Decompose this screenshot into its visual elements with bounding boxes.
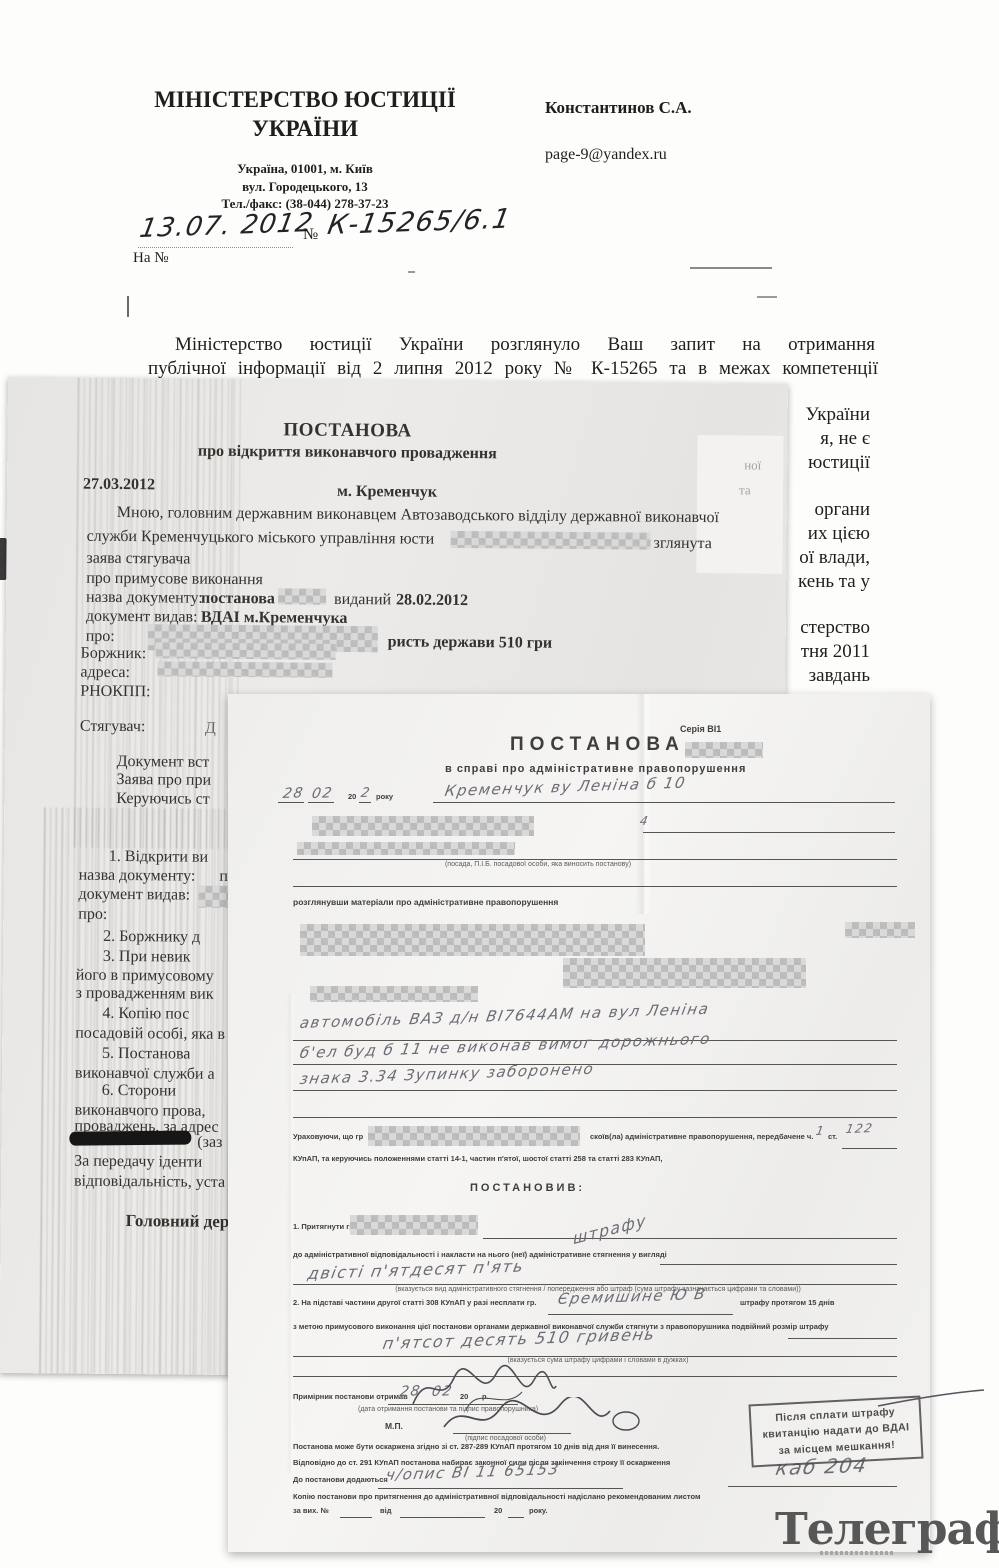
doc1-clipped-line: 5. Постанова [102, 1045, 191, 1064]
form-underline [293, 1088, 897, 1091]
recipient-email: page-9@yandex.ru [545, 146, 667, 164]
form-underline [293, 884, 897, 887]
doc2-subtitle: в справі про адміністративне правопоруше… [445, 763, 746, 775]
form-underline [293, 857, 897, 860]
doc1-clipped-line: його в примусовому [76, 967, 214, 986]
caption-official: (посада, П.І.Б. посадової особи, яка вин… [378, 861, 698, 868]
hw-article-number: 122 [845, 1121, 875, 1136]
doc1-clipped-line: За передачу іденти [74, 1153, 202, 1172]
doc2-p1-label: 1. Притягнути гр. [293, 1222, 356, 1231]
handwritten-outgoing-date: 13.07. 2012 [137, 208, 316, 244]
telegraf-watermark: ТелеграфЪ [775, 1504, 999, 1555]
doc2-attachments-label: До постанови додаються [293, 1475, 388, 1484]
caption-fine-sum: (вказується сума штрафу цифрами і словам… [318, 1357, 878, 1364]
form-underline [788, 1336, 897, 1339]
doc1-title: ПОСТАНОВА [147, 418, 547, 443]
form-underline [293, 1374, 897, 1377]
ministry-line2: УКРАЇНИ [130, 115, 480, 144]
blank-dash [757, 296, 777, 298]
doc2-resolved-heading: ПОСТАНОВИВ: [470, 1182, 585, 1194]
doc1-clipped-line: про: [78, 906, 107, 924]
doc1-field-label: адреса: [80, 664, 130, 682]
ref-label4: року. [529, 1506, 548, 1515]
redacted-block [156, 642, 336, 660]
form-underline [433, 800, 895, 803]
redacted-block [312, 816, 534, 836]
doc1-field-value: ристь держави 510 гри [388, 633, 553, 652]
redacted-block [685, 742, 763, 758]
form-underline [483, 1236, 897, 1239]
form-underline [728, 1484, 897, 1487]
ref-label1: за вих. № [293, 1506, 329, 1515]
doc1-paragraph-end: зглянута [653, 535, 711, 554]
doc1-field-mid: виданий [334, 591, 391, 609]
letter-body-line2: публічної інформації від 2 липня 2012 ро… [148, 358, 878, 380]
form-underline [308, 800, 334, 803]
doc2-reviewed-line: розглянувши матеріали про адміністративн… [293, 897, 558, 907]
doc2-received-label: Примірник постанови отримав [293, 1392, 408, 1401]
recipient-name: Константинов С.А. [545, 98, 692, 118]
doc1-clipped-line: з провадженням вик [76, 985, 214, 1004]
doc1-clipped-line: 6. Сторони [102, 1082, 177, 1101]
doc1-field-value: постанова [201, 590, 275, 609]
scanned-documents-page: МІНІСТЕРСТВО ЮСТИЦІЇ УКРАЇНИ Україна, 01… [0, 0, 999, 1568]
address-line2: вул. Городецького, 13 [130, 178, 480, 196]
redacted-block [278, 588, 326, 604]
paper-crease [286, 994, 296, 1474]
form-underline [508, 1515, 524, 1518]
ref-label3: 20 [494, 1506, 502, 1515]
doc1-field-label: Боржник: [81, 645, 147, 664]
doc1-clipped-line: Заява про при [116, 771, 211, 790]
doc1-field-label: Стягувач: [80, 718, 146, 737]
redaction-bar [69, 1131, 191, 1146]
hw-part-number: 1 [815, 1124, 827, 1138]
ministry-line1: МІНІСТЕРСТВО ЮСТИЦІЇ [130, 86, 480, 115]
letterhead-address: Україна, 01001, м. Київ вул. Городецьког… [130, 160, 480, 213]
doc2-kupap-line: КУпАП, та керуючись положеннями статті 1… [293, 1154, 662, 1163]
number-sign: № [303, 226, 318, 244]
redacted-block [310, 986, 478, 1002]
hw-penalty-words: двісті п'ятдесят п'ять [306, 1256, 526, 1283]
doc1-clipped-line: документ видав: [78, 886, 190, 905]
reply-ref-label: На № [133, 250, 169, 267]
form-underline [293, 1282, 897, 1285]
blank-dash [408, 271, 415, 273]
address-line1: Україна, 01001, м. Київ [130, 160, 480, 178]
doc1-field-label: РНОКПП: [80, 683, 150, 702]
redacted-block [563, 958, 806, 988]
st-label: ст. [828, 1132, 837, 1141]
form-underline [643, 830, 895, 833]
doc1-city: м. Кременчук [337, 483, 437, 502]
hw-year: 2 [360, 786, 372, 801]
redacted-block [845, 922, 915, 938]
scan-mark [127, 296, 129, 317]
form-underline [548, 1312, 733, 1315]
year-prefix: 20 [348, 792, 356, 801]
form-underline [660, 1262, 897, 1265]
doc1-clipped-line: 3. При невик [103, 948, 191, 967]
doc1-paragraph-line: заява стягувача [86, 550, 190, 569]
letterhead-ministry: МІНІСТЕРСТВО ЮСТИЦІЇ УКРАЇНИ [130, 86, 480, 144]
watermark-fine-print [820, 1551, 894, 1555]
letter-body-line1: Міністерство юстиції України розглянуло … [175, 334, 875, 356]
doc1-signer-title: Головний дер [126, 1211, 230, 1232]
doc1-field-label: про: [86, 628, 115, 646]
doc1-date: 27.03.2012 [83, 476, 155, 495]
redacted-block [350, 1215, 478, 1235]
doc2-p2-tail: штрафу протягом 15 днів [740, 1298, 835, 1307]
form-underline [293, 1115, 897, 1118]
doc2-copy-sent-line: Копію постанови про притягнення до адмін… [293, 1492, 701, 1501]
ref-label2: від [380, 1506, 391, 1515]
hw-penalty-type: штрафу [573, 1210, 647, 1248]
doc2-considering-suffix: скоїв(ла) адміністративне правопорушення… [590, 1132, 813, 1141]
date-underline [138, 247, 293, 248]
doc1-clipped-line: 4. Копію пос [102, 1005, 189, 1024]
form-underline [340, 1515, 372, 1518]
hw-offender-name: Єремишине Ю В [556, 1285, 707, 1308]
redacted-block [451, 531, 651, 550]
doc1-clipped-line: 2. Боржнику д [103, 928, 200, 947]
form-underline [378, 1486, 623, 1489]
paper-crease [636, 694, 652, 914]
doc1-clipped-line: 1. Відкрити ви [109, 848, 208, 867]
year-suffix: року [376, 792, 393, 801]
handwritten-outgoing-number: К-15265/6.1 [325, 203, 514, 241]
form-underline [400, 1515, 485, 1518]
doc1-clipped-line: назва документу: п [79, 867, 228, 886]
doc1-subtitle: про відкриття виконавчого провадження [147, 442, 547, 463]
form-underline [359, 800, 371, 803]
doc1-clipped-line: посадовій особі, яка в [75, 1025, 225, 1044]
mp-label2: М.П. [385, 1421, 403, 1431]
doc2-series: Серія ВІ1 [680, 724, 721, 734]
doc1-field-value: Д [205, 720, 216, 738]
doc2-p2-prefix: 2. На підставі частини другої статті 308… [293, 1298, 536, 1307]
doc1-field-label: назва документу: [86, 589, 203, 608]
doc1-paragraph-line: про примусове виконання [86, 570, 263, 590]
redacted-block [157, 661, 332, 678]
form-underline [278, 800, 304, 803]
doc1-field-date: 28.02.2012 [396, 591, 468, 610]
form-underline [842, 1146, 897, 1149]
blank-dash [690, 267, 772, 269]
doc2-appeal-line1: Постанова може бути оскаржена згідно зі … [293, 1442, 659, 1451]
redacted-block [297, 842, 515, 855]
doc2-title: ПОСТАНОВА [510, 734, 685, 756]
doc2-admin-offense-form: Серія ВІ1 ПОСТАНОВА в справі про адмініс… [228, 694, 930, 1552]
doc1-clipped-line: Документ вст [117, 753, 210, 772]
pen-stroke [876, 1388, 986, 1408]
watermark-gray-part: Телеграф [775, 1504, 999, 1555]
doc1-clipped-line: виконавчої служби а [75, 1065, 215, 1084]
doc1-paragraph-line: служби Кременчуцького міського управлінн… [87, 528, 435, 549]
hw-offense-line2: б'ел буд б 11 не виконав вимог дорожньог… [298, 1030, 712, 1062]
redacted-block [300, 924, 645, 956]
signature-scribble [440, 1397, 645, 1439]
showthrough-text: ної [744, 457, 761, 473]
doc1-clipped-line: відповідальність, уста [74, 1173, 225, 1192]
redacted-block [368, 1126, 580, 1146]
hw-offense-line1: автомобіль ВАЗ д/н ВІ7644АМ на вул Ленін… [298, 1000, 711, 1032]
showthrough-text: та [739, 482, 751, 498]
doc1-clipped-line: (заз [197, 1134, 222, 1152]
doc2-considering-prefix: Ураховуючи, що гр [293, 1132, 363, 1141]
doc1-clipped-line: Керуючись ст [116, 790, 210, 809]
